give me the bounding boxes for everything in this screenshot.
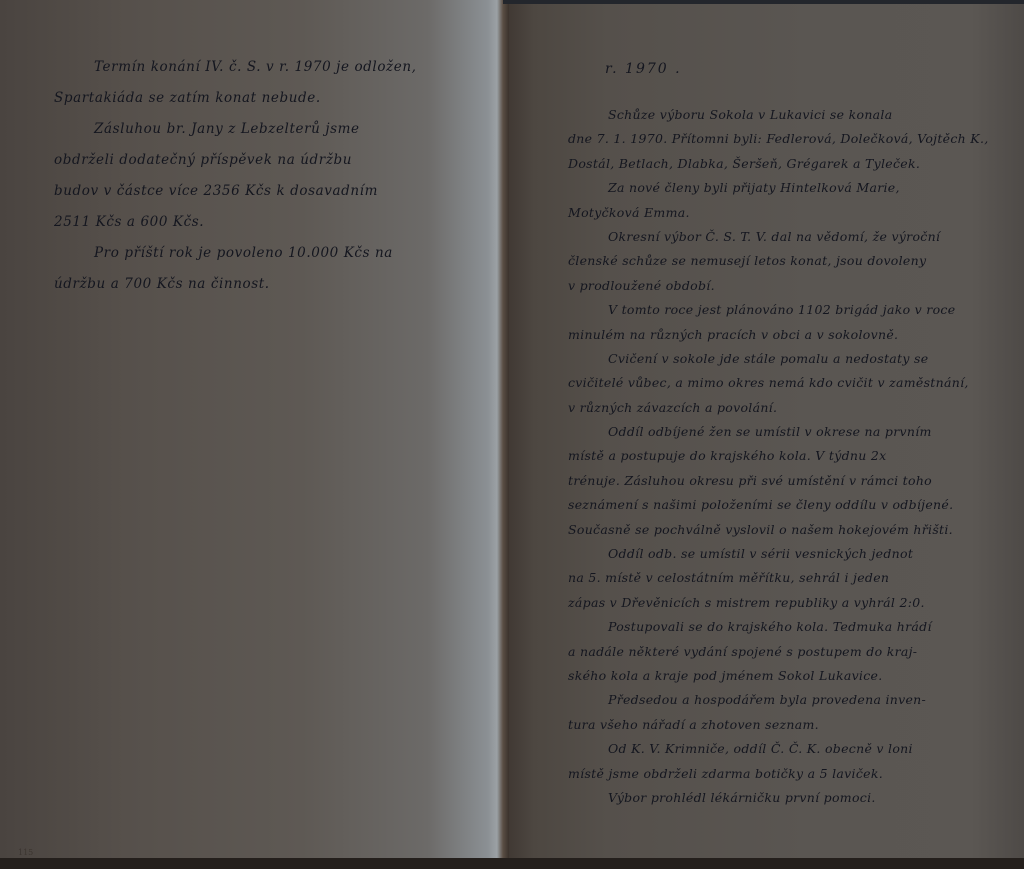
cover-edge [503, 0, 1024, 4]
right-page-text: Schůze výboru Sokola v Lukavici se konal… [568, 103, 989, 810]
page-mark: 115 [18, 848, 33, 857]
handwritten-line: Schůze výboru Sokola v Lukavici se konal… [568, 103, 989, 127]
handwritten-line: Cvičení v sokole jde stále pomalu a nedo… [568, 347, 989, 371]
handwritten-line: zápas v Dřevěnicích s mistrem republiky … [568, 591, 989, 615]
notebook-spread: Termín konání IV. č. S. v r. 1970 je odl… [0, 0, 1024, 869]
handwritten-line: minulém na různých pracích v obci a v so… [568, 323, 989, 347]
handwritten-line: Výbor prohlédl lékárničku první pomoci. [568, 786, 989, 810]
handwritten-line: V tomto roce jest plánováno 1102 brigád … [568, 298, 989, 322]
handwritten-line: seznámení s našimi položeními se členy o… [568, 493, 989, 517]
handwritten-line: trénuje. Zásluhou okresu při své umístěn… [568, 469, 989, 493]
handwritten-line: Od K. V. Krimniče, oddíl Č. Č. K. obecně… [568, 737, 989, 761]
handwritten-line: údržbu a 700 Kčs na činnost. [54, 269, 417, 300]
handwritten-line: cvičitelé vůbec, a mimo okres nemá kdo c… [568, 371, 989, 395]
handwritten-line: tura všeho nářadí a zhotoven seznam. [568, 713, 989, 737]
page-heading: r. 1970 . [605, 54, 682, 85]
handwritten-line: dne 7. 1. 1970. Přítomni byli: Fedlerová… [568, 127, 989, 151]
handwritten-line: Okresní výbor Č. S. T. V. dal na vědomí,… [568, 225, 989, 249]
handwritten-line: na 5. místě v celostátním měřítku, sehrá… [568, 566, 989, 590]
handwritten-line: ského kola a kraje pod jménem Sokol Luka… [568, 664, 989, 688]
book-gutter [497, 0, 509, 862]
handwritten-line: Předsedou a hospodářem byla provedena in… [568, 688, 989, 712]
handwritten-line: Dostál, Betlach, Dlabka, Šeršeň, Grégare… [568, 152, 989, 176]
bottom-edge [0, 858, 1024, 869]
handwritten-line: Motyčková Emma. [568, 201, 989, 225]
handwritten-line: Současně se pochválně vyslovil o našem h… [568, 518, 989, 542]
handwritten-line: Oddíl odbíjené žen se umístil v okrese n… [568, 420, 989, 444]
handwritten-line: Pro příští rok je povoleno 10.000 Kčs na [54, 238, 417, 269]
handwritten-line: Zásluhou br. Jany z Lebzelterů jsme [54, 114, 417, 145]
handwritten-line: místě jsme obdrželi zdarma botičky a 5 l… [568, 762, 989, 786]
handwritten-line: Za nové členy byli přijaty Hintelková Ma… [568, 176, 989, 200]
handwritten-line: Termín konání IV. č. S. v r. 1970 je odl… [54, 52, 417, 83]
handwritten-line: Oddíl odb. se umístil v sérii vesnických… [568, 542, 989, 566]
handwritten-line: členské schůze se nemusejí letos konat, … [568, 249, 989, 273]
handwritten-line: v různých závazcích a povolání. [568, 396, 989, 420]
handwritten-line: Postupovali se do krajského kola. Tedmuk… [568, 615, 989, 639]
handwritten-line: Spartakiáda se zatím konat nebude. [54, 83, 417, 114]
handwritten-line: obdrželi dodatečný příspěvek na údržbu [54, 145, 417, 176]
handwritten-line: budov v částce více 2356 Kčs k dosavadní… [54, 176, 417, 207]
handwritten-line: v prodloužené období. [568, 274, 989, 298]
handwritten-line: místě a postupuje do krajského kola. V t… [568, 444, 989, 468]
handwritten-line: a nadále některé vydání spojené s postup… [568, 640, 989, 664]
handwritten-line: 2511 Kčs a 600 Kčs. [54, 207, 417, 238]
left-page-text: Termín konání IV. č. S. v r. 1970 je odl… [54, 52, 417, 300]
